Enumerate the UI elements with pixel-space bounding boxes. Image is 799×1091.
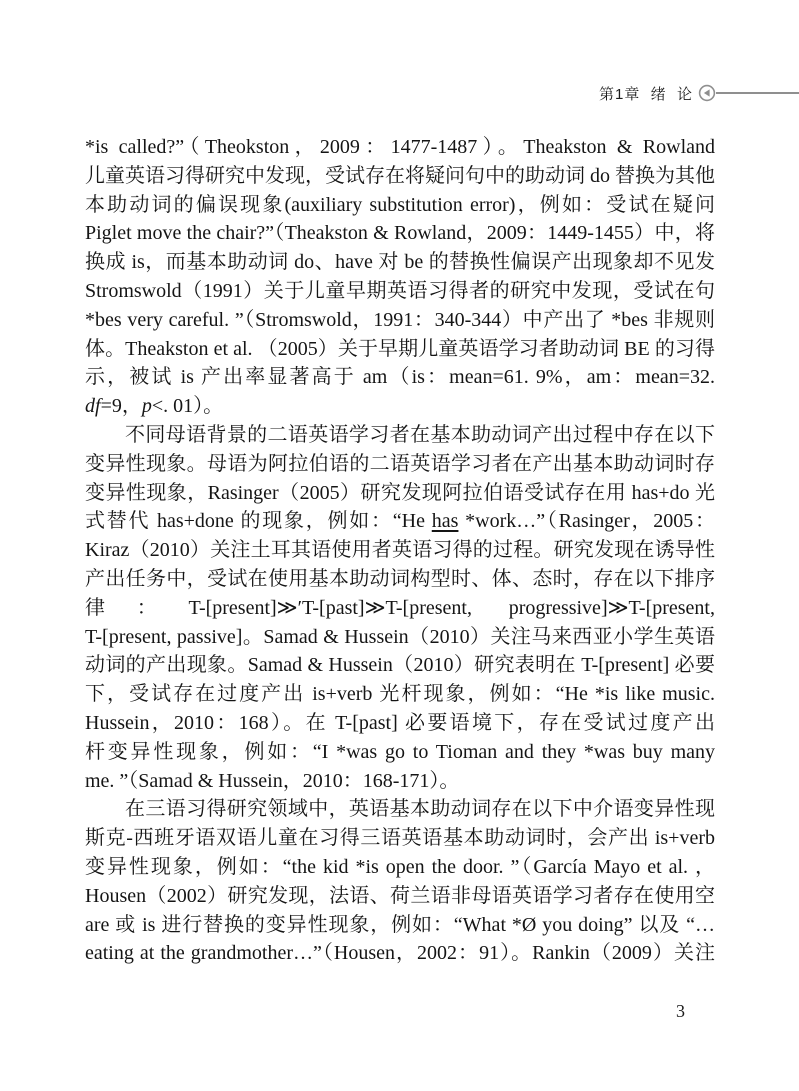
text-segment: 示，被试 is 产出率显著高于 am（is：mean=61. 9%，am：mea… (85, 366, 715, 392)
text-segment: are 或 is 进行替换的变异性现象，例如：“What *Ø you doin… (85, 914, 715, 940)
running-header: 第1章 绪 论 (0, 83, 799, 103)
text-line: 变异性现象。母语为阿拉伯语的二语英语学习者在产出基本助动词时存在 (85, 450, 715, 479)
text-segment: T-[present, passive]。Samad & Hussein（201… (85, 626, 715, 652)
text-line: T-[present, passive]。Samad & Hussein（201… (85, 623, 715, 652)
text-segment: 本助动词的偏误现象(auxiliary substitution error)，… (85, 194, 715, 220)
text-segment: Housen（2002）研究发现，法语、荷兰语非母语英语学习者存在使用空语类 Ø… (85, 885, 715, 911)
text-line: 示，被试 is 产出率显著高于 am（is：mean=61. 9%，am：mea… (85, 363, 715, 392)
text-segment: <. 01）。 (152, 395, 223, 417)
book-page: 第1章 绪 论 *is called?”（Theokston，2009：1477… (0, 0, 799, 1091)
text-line: 换成 is，而基本助动词 do、have 对 be 的替换性偏误产出现象却不见发… (85, 248, 715, 277)
text-line: Hussein，2010：168）。在 T-[past] 必要语境下，存在受试过… (85, 709, 715, 738)
text-line: 杆变异性现象，例如：“I *was go to Tioman and they … (85, 738, 715, 767)
text-line: eating at the grandmother…”（Housen，2002：… (85, 939, 715, 968)
text-segment: 儿童英语习得研究中发现，受试存在将疑问句中的助动词 do 替换为其他基 (85, 165, 715, 191)
italic-text: p (142, 395, 152, 417)
text-line: are 或 is 进行替换的变异性现象，例如：“What *Ø you doin… (85, 911, 715, 940)
text-segment: 产出任务中，受试在使用基本助动词构型时、体、态时，存在以下排序性产出规 (85, 568, 715, 594)
text-segment: 杆变异性现象，例如：“I *was go to Tioman and they … (85, 741, 715, 767)
text-segment: Hussein，2010：168）。在 T-[past] 必要语境下，存在受试过… (85, 712, 715, 738)
text-line: me. ”（Samad & Hussein，2010：168-171）。 (85, 767, 715, 796)
text-line: 不同母语背景的二语英语学习者在基本助动词产出过程中存在以下 (85, 421, 715, 450)
text-line: 变异性现象，例如：“the kid *is open the door. ”（G… (85, 853, 715, 882)
text-segment: 律：T-[present]≫′T-[past]≫T-[present, prog… (85, 597, 715, 623)
text-line: Stromswold（1991）关于儿童早期英语习得者的研究中发现，受试在句子“… (85, 277, 715, 306)
text-segment: me. ”（Samad & Hussein，2010：168-171）。 (85, 770, 459, 792)
text-segment: 下，受试存在过度产出 is+verb 光杆现象，例如：“He *is like … (85, 683, 715, 709)
text-line: 变异性现象，Rasinger（2005）研究发现阿拉伯语受试存在用 has+do… (85, 479, 715, 508)
text-line: Kiraz（2010）关注土耳其语使用者英语习得的过程。研究发现在诱导性书面 (85, 536, 715, 565)
text-line: 下，受试存在过度产出 is+verb 光杆现象，例如：“He *is like … (85, 680, 715, 709)
paragraph: *is called?”（Theokston，2009：1477-1487）。T… (85, 133, 715, 421)
text-line: 式替代 has+done 的现象，例如：“He has *work…”（Rasi… (85, 507, 715, 536)
text-segment: eating at the grandmother…”（Housen，2002：… (85, 942, 715, 968)
page-number: 3 (676, 1001, 685, 1022)
text-line: *is called?”（Theokston，2009：1477-1487）。T… (85, 133, 715, 162)
text-line: 律：T-[present]≫′T-[past]≫T-[present, prog… (85, 594, 715, 623)
text-line: Housen（2002）研究发现，法语、荷兰语非母语英语学习者存在使用空语类 Ø… (85, 882, 715, 911)
text-line: 斯克-西班牙语双语儿童在习得三语英语基本助动词时，会产出 is+verb 光杆 (85, 824, 715, 853)
text-segment: 体。Theakston et al. （2005）关于早期儿童英语学习者助动词 … (85, 338, 715, 364)
text-segment: 在三语习得研究领域中，英语基本助动词存在以下中介语变异性现象。巴 (85, 798, 715, 824)
text-line: 体。Theakston et al. （2005）关于早期儿童英语学习者助动词 … (85, 335, 715, 364)
text-segment: Piglet move the chair?”（Theakston & Rowl… (85, 222, 715, 248)
text-segment: 换成 is，而基本助动词 do、have 对 be 的替换性偏误产出现象却不见发… (85, 251, 715, 277)
text-segment: Stromswold（1991）关于儿童早期英语习得者的研究中发现，受试在句子“… (85, 280, 715, 306)
text-segment: 动词的产出现象。Samad & Hussein（2010）研究表明在 T-[pr… (85, 654, 715, 680)
italic-text: df (85, 395, 101, 417)
text-segment: 变异性现象，Rasinger（2005）研究发现阿拉伯语受试存在用 has+do… (85, 482, 715, 508)
text-line: df=9，p<. 01）。 (85, 392, 715, 421)
text-segment: =9， (101, 395, 142, 417)
text-line: 在三语习得研究领域中，英语基本助动词存在以下中介语变异性现象。巴 (85, 795, 715, 824)
paragraph: 不同母语背景的二语英语学习者在基本助动词产出过程中存在以下变异性现象。母语为阿拉… (85, 421, 715, 795)
text-line: 动词的产出现象。Samad & Hussein（2010）研究表明在 T-[pr… (85, 651, 715, 680)
text-line: 本助动词的偏误现象(auxiliary substitution error)，… (85, 191, 715, 220)
underlined-text: has (432, 510, 459, 532)
text-line: 产出任务中，受试在使用基本助动词构型时、体、态时，存在以下排序性产出规 (85, 565, 715, 594)
header-rule-line (716, 92, 799, 94)
text-segment: 不同母语背景的二语英语学习者在基本助动词产出过程中存在以下 (125, 424, 715, 446)
text-segment: *is called?”（Theokston，2009：1477-1487）。T… (85, 136, 715, 162)
chapter-header-title: 第1章 绪 论 (599, 83, 693, 104)
text-block: *is called?”（Theokston，2009：1477-1487）。T… (85, 133, 715, 968)
text-segment: 变异性现象。母语为阿拉伯语的二语英语学习者在产出基本助动词时存在 (85, 453, 715, 479)
text-line: Piglet move the chair?”（Theakston & Rowl… (85, 219, 715, 248)
text-segment: *bes very careful. ”（Stromswold，1991：340… (85, 309, 715, 335)
paragraph: 在三语习得研究领域中，英语基本助动词存在以下中介语变异性现象。巴斯克-西班牙语双… (85, 795, 715, 968)
text-segment: 斯克-西班牙语双语儿童在习得三语英语基本助动词时，会产出 is+verb 光杆 (85, 827, 715, 853)
text-segment: 变异性现象，例如：“the kid *is open the door. ”（G… (85, 856, 715, 882)
text-line: *bes very careful. ”（Stromswold，1991：340… (85, 306, 715, 335)
left-triangle-circle-icon (698, 84, 716, 102)
text-segment: 式替代 has+done 的现象，例如：“He (85, 510, 432, 532)
text-segment: Kiraz（2010）关注土耳其语使用者英语习得的过程。研究发现在诱导性书面 (85, 539, 715, 565)
text-line: 儿童英语习得研究中发现，受试存在将疑问句中的助动词 do 替换为其他基 (85, 162, 715, 191)
